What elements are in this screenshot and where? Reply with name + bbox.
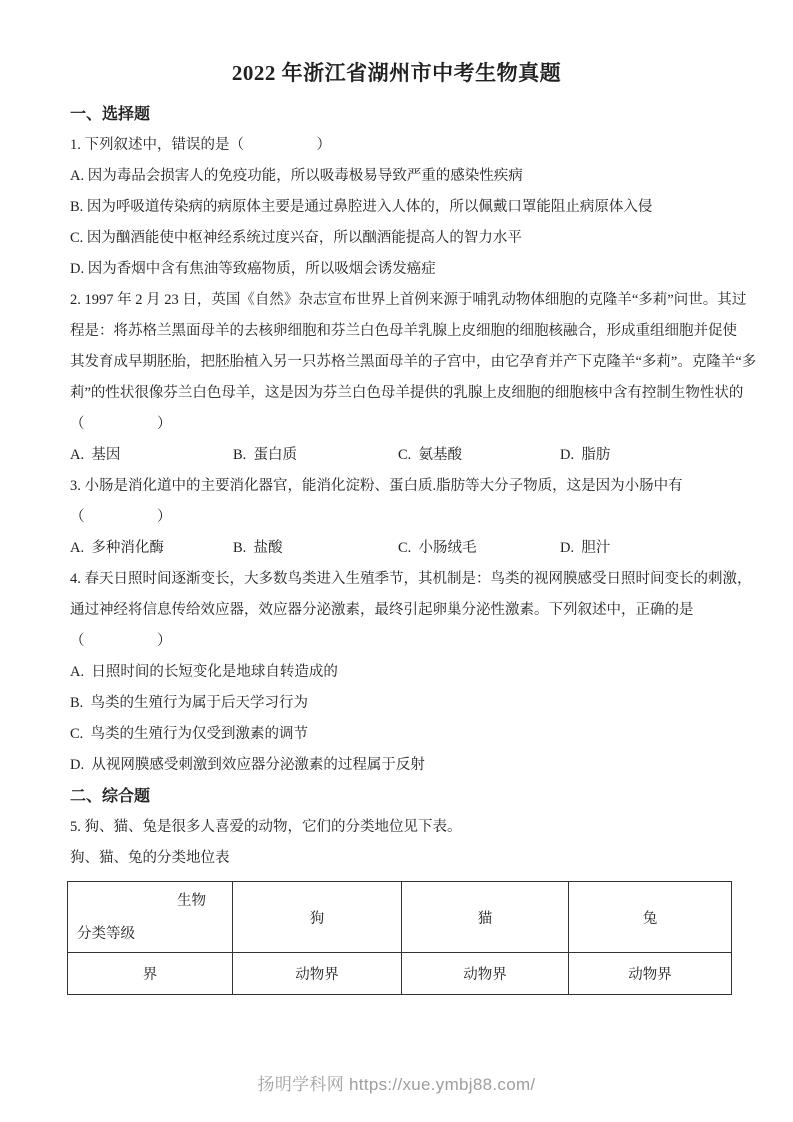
q3-option-a: A. 多种消化酶 xyxy=(70,533,233,564)
q2-stem-line-3: 其发育成早期胚胎，把胚胎植入另一只苏格兰黑面母羊的子宫中，由它孕育并产下克隆羊“… xyxy=(70,347,733,378)
q3-option-c: C. 小肠绒毛 xyxy=(398,533,560,564)
q4-option-b: B. 鸟类的生殖行为属于后天学习行为 xyxy=(70,688,733,719)
q4-option-c: C. 鸟类的生殖行为仅受到激素的调节 xyxy=(70,719,733,750)
q2-option-a: A. 基因 xyxy=(70,440,233,471)
q1-option-c: C. 因为酗酒能使中枢神经系统过度兴奋，所以酗酒能提高人的智力水平 xyxy=(70,223,733,254)
section-heading-comprehensive: 二、综合题 xyxy=(70,781,733,812)
corner-label-rank: 分类等级 xyxy=(77,922,135,943)
q4-option-d: D. 从视网膜感受刺激到效应器分泌激素的过程属于反射 xyxy=(70,750,733,781)
table-col-header-cat: 猫 xyxy=(402,882,569,953)
q4-stem-line-2: 通过神经将信息传给效应器，效应器分泌激素，最终引起卵巢分泌性激素。下列叙述中，正… xyxy=(70,595,733,626)
q4-option-a: A. 日照时间的长短变化是地球自转造成的 xyxy=(70,657,733,688)
table-header-row: 生物 分类等级 狗 猫 兔 xyxy=(68,882,732,953)
q1-option-a: A. 因为毒品会损害人的免疫功能，所以吸毒极易导致严重的感染性疾病 xyxy=(70,161,733,192)
table-corner-cell: 生物 分类等级 xyxy=(68,882,233,953)
q5-stem: 5. 狗、猫、兔是很多人喜爱的动物，它们的分类地位见下表。 xyxy=(70,812,733,843)
corner-label-organism: 生物 xyxy=(177,889,206,910)
q1-stem: 1. 下列叙述中，错误的是（ ） xyxy=(70,130,733,161)
section-heading-choice: 一、选择题 xyxy=(70,99,733,130)
table-col-header-dog: 狗 xyxy=(233,882,402,953)
table-row-kingdom: 界 动物界 动物界 动物界 xyxy=(68,953,732,995)
q3-options-row: A. 多种消化酶 B. 盐酸 C. 小肠绒毛 D. 胆汁 xyxy=(70,533,733,564)
q3-answer-bracket: （ ） xyxy=(70,502,733,533)
q2-options-row: A. 基因 B. 蛋白质 C. 氨基酸 D. 脂肪 xyxy=(70,440,733,471)
q2-stem-line-1: 2. 1997 年 2 月 23 日，英国《自然》杂志宣布世界上首例来源于哺乳动… xyxy=(70,285,733,316)
q2-option-c: C. 氨基酸 xyxy=(398,440,560,471)
q4-answer-bracket: （ ） xyxy=(70,626,733,657)
table-cell-kingdom-cat: 动物界 xyxy=(402,953,569,995)
q2-option-b: B. 蛋白质 xyxy=(233,440,398,471)
q1-option-b: B. 因为呼吸道传染病的病原体主要是通过鼻腔进入人体的，所以佩戴口罩能阻止病原体… xyxy=(70,192,733,223)
q3-option-d: D. 胆汁 xyxy=(560,533,610,564)
document-page: 2022 年浙江省湖州市中考生物真题 一、选择题 1. 下列叙述中，错误的是（ … xyxy=(0,0,793,1122)
table-cell-kingdom-rabbit: 动物界 xyxy=(569,953,732,995)
table-col-header-rabbit: 兔 xyxy=(569,882,732,953)
q2-stem-line-2: 程是：将苏格兰黑面母羊的去核卵细胞和芬兰白色母羊乳腺上皮细胞的细胞核融合，形成重… xyxy=(70,316,733,347)
q2-answer-bracket: （ ） xyxy=(70,409,733,440)
footer-watermark: 扬明学科网 https://xue.ymbj88.com/ xyxy=(0,1070,793,1095)
classification-table: 生物 分类等级 狗 猫 兔 界 动物界 动物界 动物界 xyxy=(67,881,732,995)
table-row-label-kingdom: 界 xyxy=(68,953,233,995)
q5-table-caption: 狗、猫、兔的分类地位表 xyxy=(70,843,733,874)
doc-content: 一、选择题 1. 下列叙述中，错误的是（ ） A. 因为毒品会损害人的免疫功能，… xyxy=(0,87,793,995)
q3-option-b: B. 盐酸 xyxy=(233,533,398,564)
q1-option-d: D. 因为香烟中含有焦油等致癌物质，所以吸烟会诱发癌症 xyxy=(70,254,733,285)
q3-stem-line-1: 3. 小肠是消化道中的主要消化器官，能消化淀粉、蛋白质.脂肪等大分子物质，这是因… xyxy=(70,471,733,502)
doc-title: 2022 年浙江省湖州市中考生物真题 xyxy=(0,0,793,87)
q2-option-d: D. 脂肪 xyxy=(560,440,610,471)
q4-stem-line-1: 4. 春天日照时间逐渐变长，大多数鸟类进入生殖季节，其机制是：鸟类的视网膜感受日… xyxy=(70,564,733,595)
q2-stem-line-4: 莉”的性状很像芬兰白色母羊，这是因为芬兰白色母羊提供的乳腺上皮细胞的细胞核中含有… xyxy=(70,378,733,409)
table-cell-kingdom-dog: 动物界 xyxy=(233,953,402,995)
